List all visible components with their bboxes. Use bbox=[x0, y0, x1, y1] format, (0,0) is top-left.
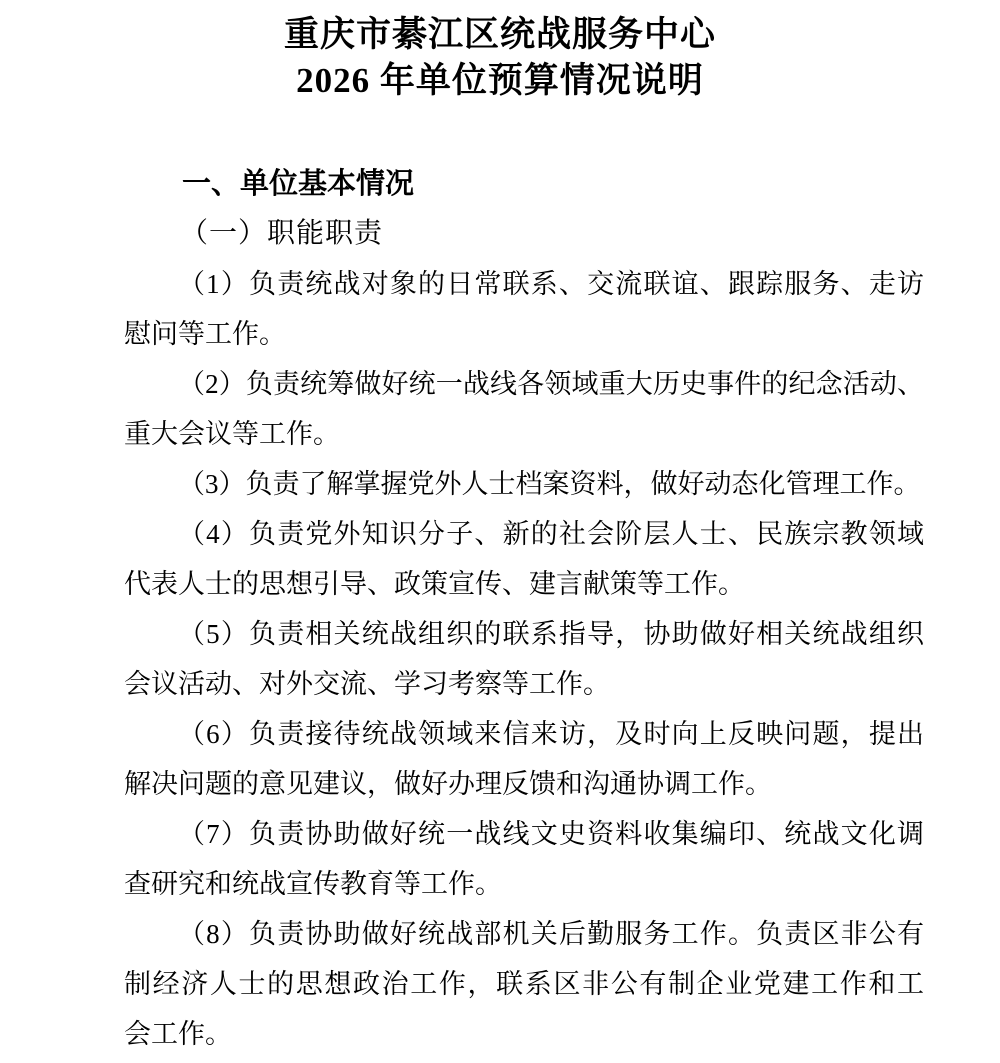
title-line-2: 2026 年单位预算情况说明 bbox=[0, 58, 1000, 104]
text-line: （5）负责相关统战组织的联系指导，协助做好相关统战组织 bbox=[124, 609, 924, 659]
text-line: 制经济人士的思想政治工作，联系区非公有制企业党建工作和工 bbox=[124, 959, 924, 1009]
document-body: 一、单位基本情况 （一）职能职责 （1）负责统战对象的日常联系、交流联谊、跟踪服… bbox=[124, 159, 924, 1059]
paragraph-3: （3）负责了解掌握党外人士档案资料，做好动态化管理工作。 bbox=[124, 459, 924, 509]
text-line: 会议活动、对外交流、学习考察等工作。 bbox=[124, 659, 924, 709]
text-line: （8）负责协助做好统战部机关后勤服务工作。负责区非公有 bbox=[124, 909, 924, 959]
title-line-1: 重庆市綦江区统战服务中心 bbox=[0, 12, 1000, 58]
paragraph-2: （2）负责统筹做好统一战线各领域重大历史事件的纪念活动、 重大会议等工作。 bbox=[124, 359, 924, 459]
text-line: 慰问等工作。 bbox=[124, 309, 924, 359]
text-line: （3）负责了解掌握党外人士档案资料，做好动态化管理工作。 bbox=[124, 459, 924, 509]
text-line: （7）负责协助做好统一战线文史资料收集编印、统战文化调 bbox=[124, 809, 924, 859]
text-line: 解决问题的意见建议，做好办理反馈和沟通协调工作。 bbox=[124, 759, 924, 809]
paragraph-8: （8）负责协助做好统战部机关后勤服务工作。负责区非公有 制经济人士的思想政治工作… bbox=[124, 909, 924, 1059]
document-title: 重庆市綦江区统战服务中心 2026 年单位预算情况说明 bbox=[0, 0, 1000, 104]
paragraph-6: （6）负责接待统战领域来信来访，及时向上反映问题，提出 解决问题的意见建议，做好… bbox=[124, 709, 924, 809]
paragraph-1: （1）负责统战对象的日常联系、交流联谊、跟踪服务、走访 慰问等工作。 bbox=[124, 259, 924, 359]
document-page: 重庆市綦江区统战服务中心 2026 年单位预算情况说明 一、单位基本情况 （一）… bbox=[0, 0, 1000, 1063]
text-line: 代表人士的思想引导、政策宣传、建言献策等工作。 bbox=[124, 559, 924, 609]
text-line: 会工作。 bbox=[124, 1009, 924, 1059]
text-line: 重大会议等工作。 bbox=[124, 409, 924, 459]
paragraph-4: （4）负责党外知识分子、新的社会阶层人士、民族宗教领域 代表人士的思想引导、政策… bbox=[124, 509, 924, 609]
subsection-heading: （一）职能职责 bbox=[124, 209, 924, 259]
text-line: （4）负责党外知识分子、新的社会阶层人士、民族宗教领域 bbox=[124, 509, 924, 559]
paragraph-7: （7）负责协助做好统一战线文史资料收集编印、统战文化调 查研究和统战宣传教育等工… bbox=[124, 809, 924, 909]
text-line: 查研究和统战宣传教育等工作。 bbox=[124, 859, 924, 909]
text-line: （1）负责统战对象的日常联系、交流联谊、跟踪服务、走访 bbox=[124, 259, 924, 309]
text-line: （2）负责统筹做好统一战线各领域重大历史事件的纪念活动、 bbox=[124, 359, 924, 409]
text-line: （6）负责接待统战领域来信来访，及时向上反映问题，提出 bbox=[124, 709, 924, 759]
paragraph-5: （5）负责相关统战组织的联系指导，协助做好相关统战组织 会议活动、对外交流、学习… bbox=[124, 609, 924, 709]
section-heading: 一、单位基本情况 bbox=[124, 159, 924, 209]
